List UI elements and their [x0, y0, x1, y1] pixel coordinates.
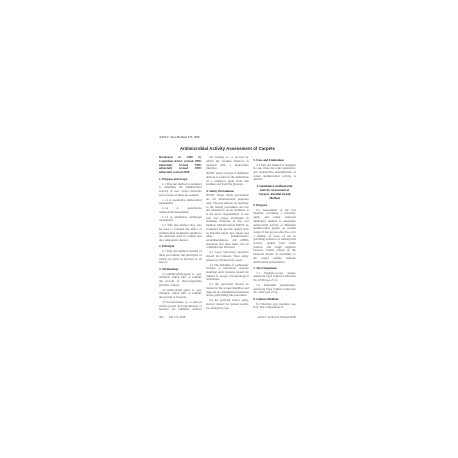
paragraph: 3.1 antimicrobial agent, n.—any chemical…: [159, 273, 202, 288]
paragraph: 8.1 Nutrient agar (sterilize, see 8.2). …: [253, 303, 296, 310]
column-3: 5. Uses and Limitations5.1 This test met…: [253, 156, 296, 310]
paragraph: 1.1.3 A qualitative antifungal assessmen…: [159, 216, 202, 223]
page-number: 304: [159, 315, 164, 319]
paragraph: 1.1 This test method is designed to dete…: [159, 183, 202, 198]
paragraph: 3.3 bacteriostasis, n.—a state in which …: [159, 301, 202, 310]
section-heading: 3. Terminology: [159, 268, 202, 272]
paragraph: 4.4 An eyewash and/or safety shower shou…: [206, 299, 249, 310]
section-heading: 6. Purpose: [253, 204, 296, 208]
paragraph: 1.1.2 A quantitative antibacterial asses…: [159, 207, 202, 214]
paragraph: 6.1 Assessment of the test material, pro…: [253, 209, 296, 265]
paragraph: 4.1 Good laboratory practices should be …: [206, 251, 249, 262]
paragraph: 3.2 antibacterial agent, n.—any chemical…: [159, 289, 202, 300]
paragraph: 3.6 wetting, n.—a process by which the a…: [206, 156, 249, 171]
document-page: AATCC Test Method 174-1998 Antimicrobial…: [159, 136, 296, 319]
revision-history: Developed in 1998 by Committee RA31; rev…: [159, 156, 202, 175]
note-paragraph: NOTE: These safety precautions are for i…: [206, 194, 249, 250]
paragraph: 1.1.1 A qualitative antibacterial assess…: [159, 199, 202, 206]
paragraph: 1.2 This test method may also be used to…: [159, 224, 202, 243]
paragraph: 5.1 This test method is designed for use…: [253, 164, 296, 183]
section-heading: 5. Uses and Limitations: [253, 159, 296, 163]
section-heading: 8. Culture Medium: [253, 298, 296, 302]
paragraph: 4.2 The handling of pathogenic bacteria …: [206, 264, 249, 283]
text-columns: Developed in 1998 by Committee RA31; rev…: [159, 156, 296, 310]
paragraph: 4.3 All personnel should be trained in t…: [206, 283, 249, 298]
paragraph: 7.1 Staphylococcus aureus, American Type…: [253, 272, 296, 283]
column-2: 3.6 wetting, n.—a process by which the a…: [206, 156, 249, 310]
column-1: Developed in 1998 by Committee RA31; rev…: [159, 156, 202, 310]
note-paragraph: NOTE: A list of types of definitive devi…: [206, 172, 249, 187]
document-header: AATCC Test Method 174-1998: [159, 136, 296, 139]
page-title: Antimicrobial Activity Assessment of Car…: [159, 146, 296, 151]
section-heading: 7. Test Organisms: [253, 267, 296, 271]
footer-manual-name: AATCC Technical Manual/2000: [257, 315, 296, 319]
part-heading: I. Qualitative Antibacterial Activity As…: [254, 185, 295, 200]
paragraph: 7.2 Klebsiella pneumoniae, American Type…: [253, 284, 296, 295]
footer-left: 304 TM 174-1998: [159, 315, 185, 319]
section-heading: 1. Purpose and Scope: [159, 178, 202, 182]
footer-method-number: TM 174-1998: [169, 315, 186, 319]
page-footer: 304 TM 174-1998 AATCC Technical Manual/2…: [159, 315, 296, 319]
paragraph: 2.1 This test method consists of three p…: [159, 250, 202, 265]
